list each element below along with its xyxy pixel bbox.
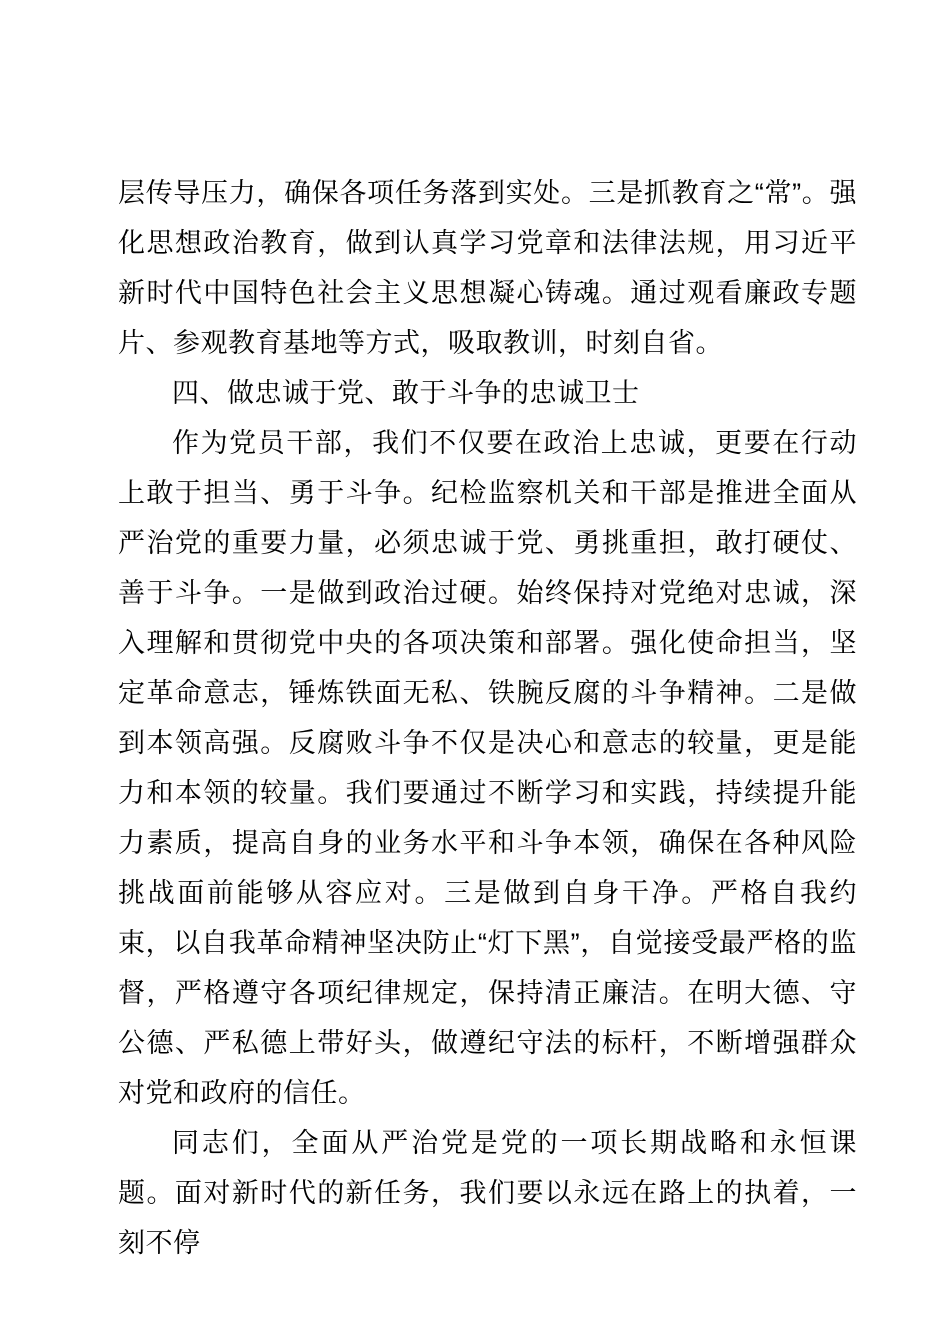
paragraph-body: 作为党员干部，我们不仅要在政治上忠诚，更要在行动上敢于担当、勇于斗争。纪检监察机… [118,418,857,1118]
document-page: 层传导压力，确保各项任务落到实处。三是抓教育之“常”。强化思想政治教育，做到认真… [0,0,950,1344]
section-heading: 四、做忠诚于党、敢于斗争的忠诚卫士 [118,368,857,418]
paragraph-closing: 同志们，全面从严治党是党的一项长期战略和永恒课题。面对新时代的新任务，我们要以永… [118,1118,857,1268]
paragraph-continuation: 层传导压力，确保各项任务落到实处。三是抓教育之“常”。强化思想政治教育，做到认真… [118,168,857,368]
document-text-area: 层传导压力，确保各项任务落到实处。三是抓教育之“常”。强化思想政治教育，做到认真… [118,168,857,1268]
